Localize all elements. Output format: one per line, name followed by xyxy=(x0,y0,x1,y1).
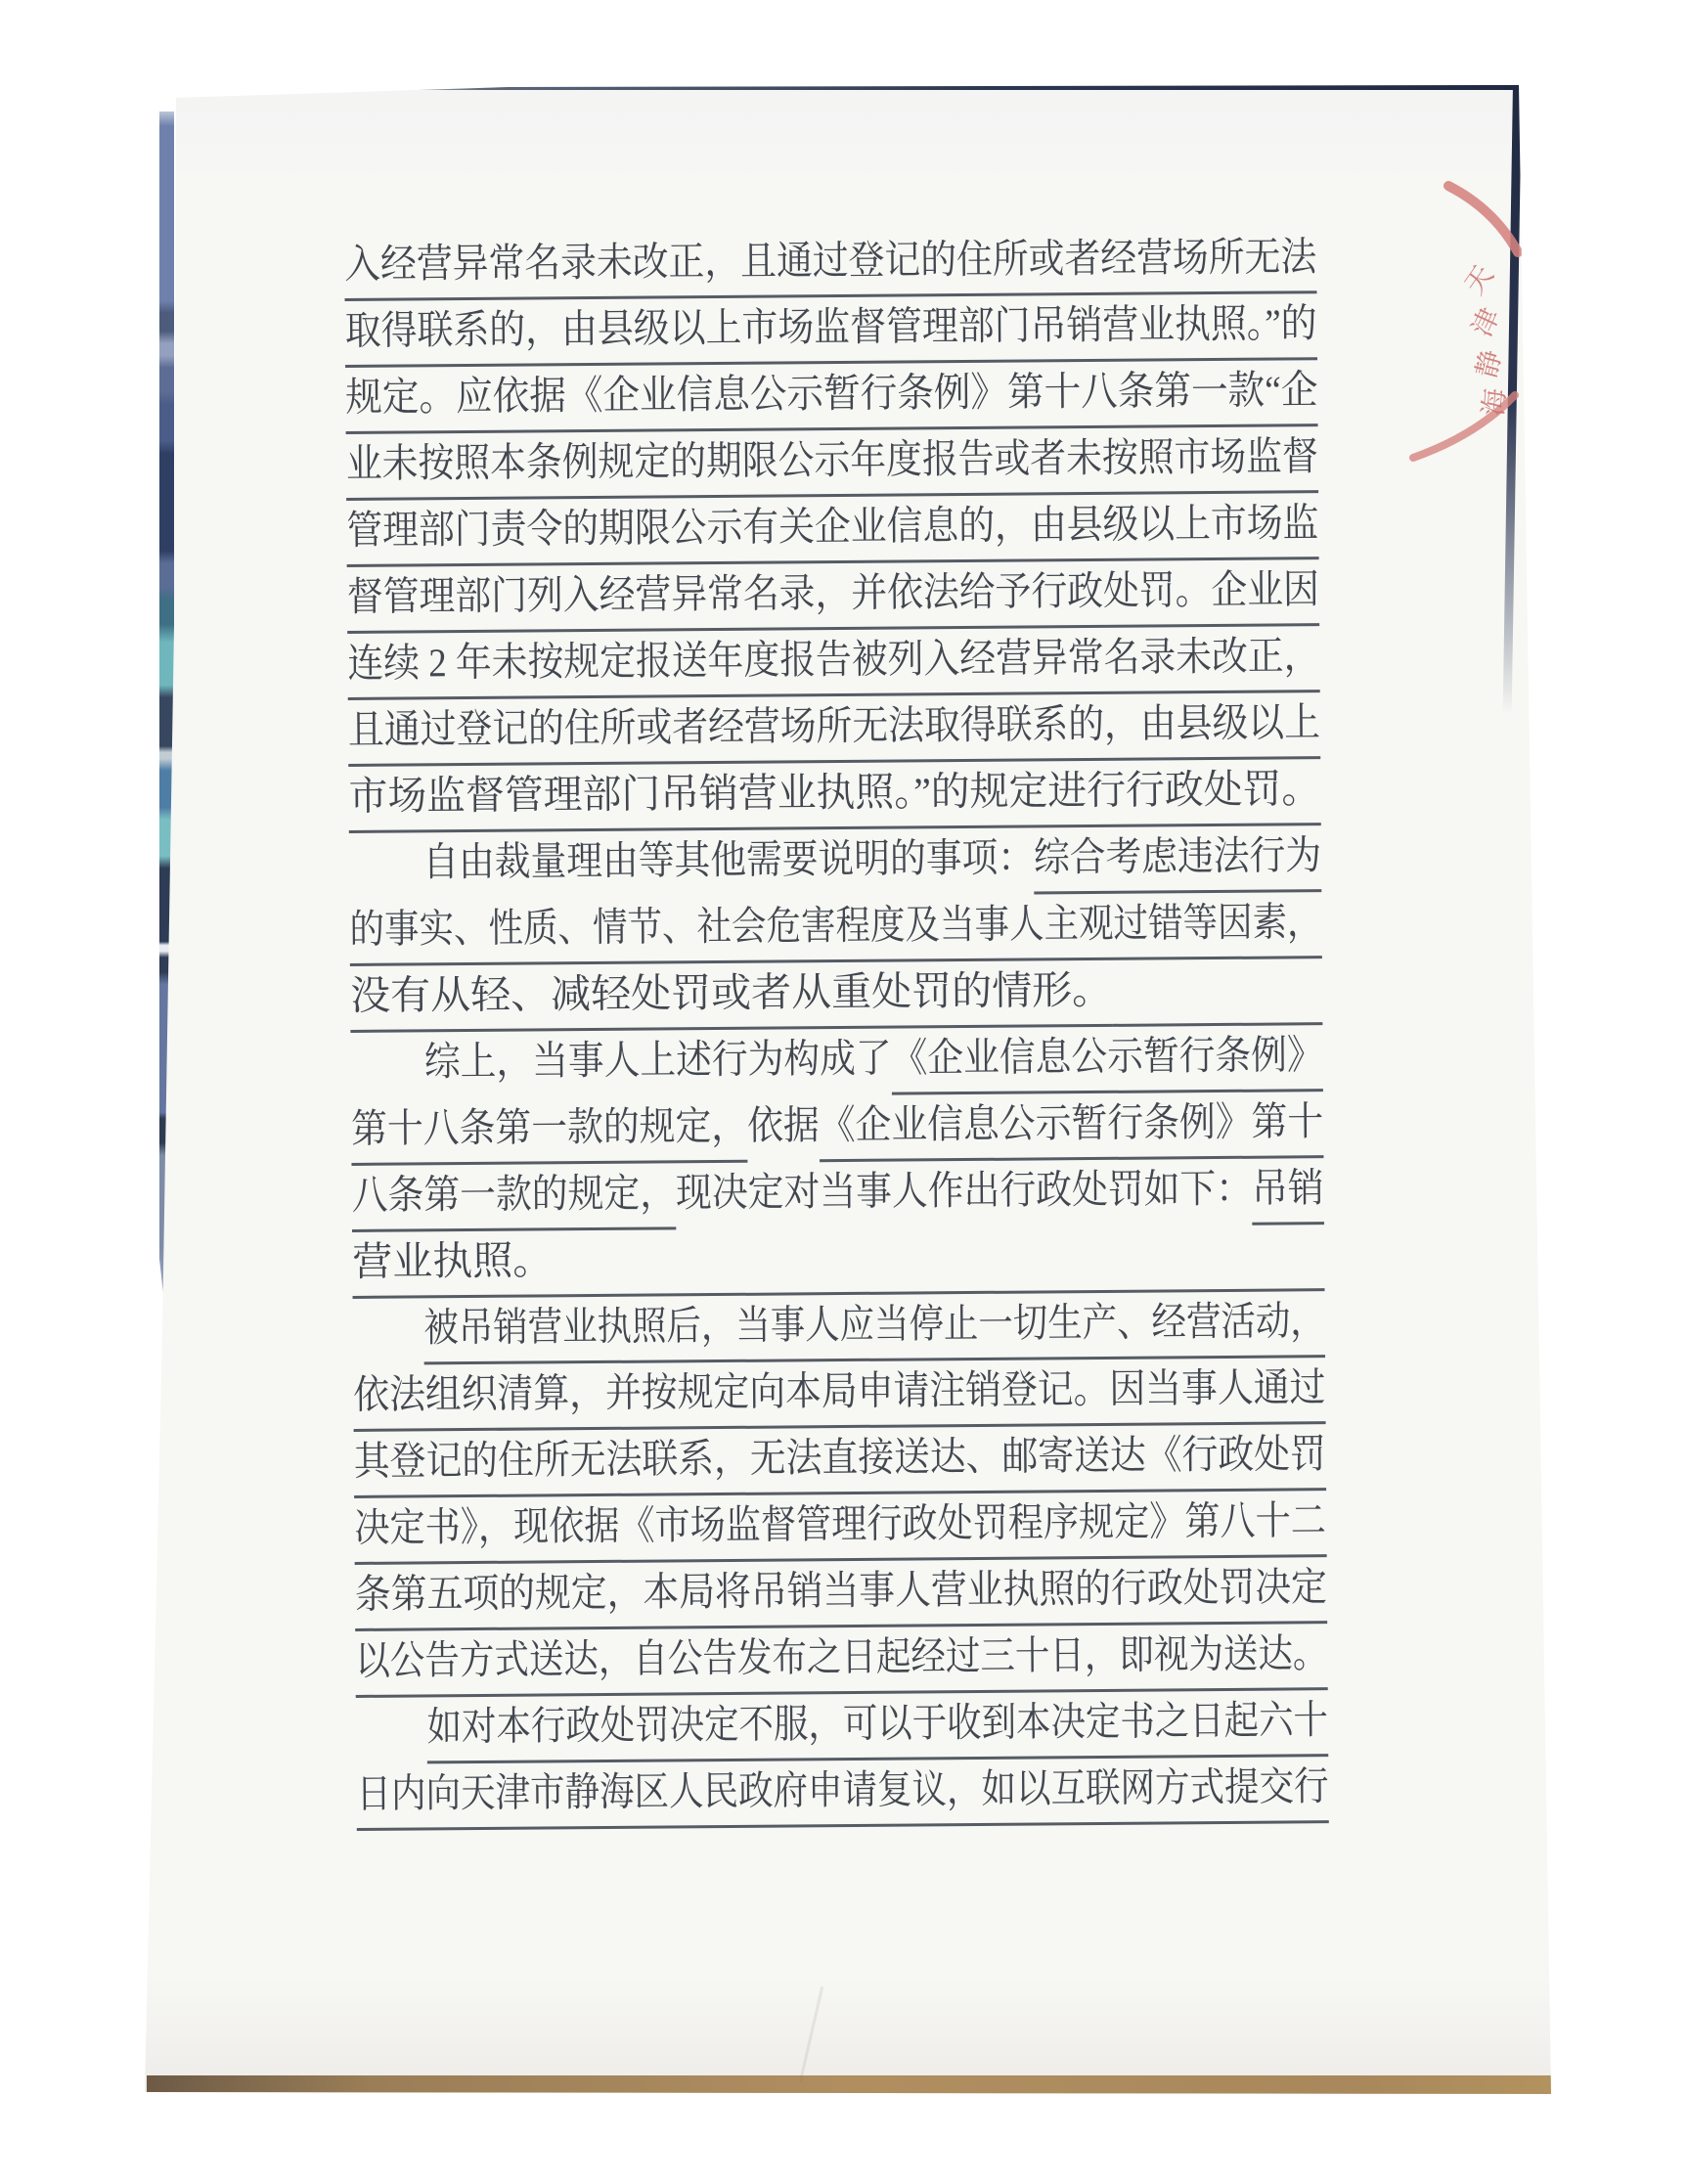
text-line: 第十八条第一款的规定，依据《企业信息公示暂行条例》第十 xyxy=(351,1092,1324,1166)
text-line: 业未按照本条例规定的期限公示年度报告或者未按照市场监督 xyxy=(346,426,1319,501)
underlined-text-segment: 其登记的住所无法联系，无法直接送达、邮寄送达《行政处罚 xyxy=(354,1425,1326,1498)
text-line: 督管理部门列入经营异常名录，并依法给予行政处罚。企业因 xyxy=(347,559,1320,634)
underlined-text-segment: 规定。应依据《企业信息公示暂行条例》第十八条第一款“企 xyxy=(345,361,1318,434)
text-line: 综上，当事人上述行为构成了《企业信息公示暂行条例》 xyxy=(350,1025,1323,1099)
text-line: 自由裁量理由等其他需要说明的事项：综合考虑违法行为 xyxy=(349,825,1322,900)
text-segment: 依据 xyxy=(747,1096,820,1160)
text-segment: 综上，当事人上述行为构成了 xyxy=(424,1030,892,1096)
text-line: 取得联系的，由县级以上市场监督管理部门吊销营业执照。”的 xyxy=(345,293,1318,368)
underlined-text-segment: 连续 2 年未按规定报送年度报告被列入经营异常名录未改正， xyxy=(347,627,1319,700)
underlined-text-segment: 条第五项的规定，本局将吊销当事人营业执照的行政处罚决定 xyxy=(355,1558,1327,1631)
underlined-text-segment: 如对本行政处罚决定不服，可以于收到本决定书之日起六十 xyxy=(426,1691,1328,1763)
paragraph-indent xyxy=(356,1677,427,1741)
text-segment: 自由裁量理由等其他需要说明的事项： xyxy=(422,828,1034,896)
seal-character: 津 xyxy=(1466,303,1506,341)
underlined-text-segment: 督管理部门列入经营异常名录，并依法给予行政处罚。企业因 xyxy=(347,560,1319,634)
paper-bottom-edge xyxy=(147,2075,1553,2095)
text-line: 规定。应依据《企业信息公示暂行条例》第十八条第一款“企 xyxy=(345,360,1318,434)
underlined-text-segment: 业未按照本条例规定的期限公示年度报告或者未按照市场监督 xyxy=(346,427,1318,501)
text-line: 入经营异常名录未改正，且通过登记的住所或者经营场所无法 xyxy=(344,227,1317,301)
seal-characters: 天津静海 xyxy=(1459,260,1511,417)
text-line: 决定书》，现依据《市场监督管理行政处罚程序规定》第八十二 xyxy=(354,1491,1327,1565)
underlined-text-segment: 八条第一款的规定， xyxy=(351,1164,676,1232)
text-line: 日内向天津市静海区人民政府申请复议，如以互联网方式提交行 xyxy=(356,1757,1329,1831)
underlined-text-segment: 且通过登记的住所或者经营场所无法取得联系的，由县级以上 xyxy=(348,693,1320,767)
underlined-text-segment: 被吊销营业执照后，当事人应当停止一切生产、经营活动， xyxy=(423,1292,1325,1364)
text-block: 入经营异常名录未改正，且通过登记的住所或者经营场所无法取得联系的，由县级以上市场… xyxy=(344,227,1329,1831)
underlined-text-segment: 管理部门责令的期限公示有关企业信息的，由县级以上市场监 xyxy=(346,494,1318,567)
scanned-document-page: 天津静海 入经营异常名录未改正，且通过登记的住所或者经营场所无法取得联系的，由县… xyxy=(0,0,1688,2184)
text-line: 八条第一款的规定，现决定对当事人作出行政处罚如下：吊销 xyxy=(351,1158,1324,1232)
underlined-text-segment: 第十八条第一款的规定， xyxy=(351,1097,747,1166)
underlined-text-segment: 《企业信息公示暂行条例》 xyxy=(891,1026,1322,1094)
seal-character: 静 xyxy=(1471,346,1508,380)
text-segment: 现决定对当事人作出行政处罚如下： xyxy=(676,1160,1253,1227)
text-line: 其登记的住所无法联系，无法直接送达、邮寄送达《行政处罚 xyxy=(354,1424,1327,1498)
seal-character: 天 xyxy=(1459,260,1499,300)
text-line: 管理部门责令的期限公示有关企业信息的，由县级以上市场监 xyxy=(346,493,1319,567)
paper-crease xyxy=(799,1986,823,2082)
underlined-text-segment: 的事实、性质、情节、社会危害程度及当事人主观过错等因素， xyxy=(349,893,1321,966)
underlined-text-segment: 综合考虑违法行为 xyxy=(1034,826,1322,894)
text-line: 如对本行政处罚决定不服，可以于收到本决定书之日起六十 xyxy=(356,1690,1329,1764)
underlined-text-segment: 《企业信息公示暂行条例》第十 xyxy=(820,1092,1324,1162)
paragraph-indent xyxy=(349,813,423,876)
seal-character: 海 xyxy=(1478,387,1511,418)
text-line: 且通过登记的住所或者经营场所无法取得联系的，由县级以上 xyxy=(348,692,1321,767)
underlined-text-segment: 吊销 xyxy=(1252,1159,1324,1226)
text-line: 条第五项的规定，本局将吊销当事人营业执照的行政处罚决定 xyxy=(355,1557,1328,1631)
underlined-text-segment: 取得联系的，由县级以上市场监督管理部门吊销营业执照。”的 xyxy=(345,294,1317,368)
text-line: 的事实、性质、情节、社会危害程度及当事人主观过错等因素， xyxy=(349,892,1322,966)
paragraph-indent xyxy=(350,1012,424,1076)
text-line: 依法组织清算，并按规定向本局申请注销登记。因当事人通过 xyxy=(353,1358,1326,1432)
underlined-text-segment: 入经营异常名录未改正，且通过登记的住所或者经营场所无法 xyxy=(344,228,1316,301)
underlined-text-segment: 决定书》，现依据《市场监督管理行政处罚程序规定》第八十二 xyxy=(354,1492,1326,1565)
underlined-text-segment: 依法组织清算，并按规定向本局申请注销登记。因当事人通过 xyxy=(353,1359,1325,1432)
paper-top-edge-shadow xyxy=(315,84,1520,90)
paragraph-indent xyxy=(352,1278,423,1342)
underlined-text-segment: 日内向天津市静海区人民政府申请复议，如以互联网方式提交行 xyxy=(356,1758,1328,1831)
seal-arc-top xyxy=(1448,186,1518,252)
text-line: 连续 2 年未按规定报送年度报告被列入经营异常名录未改正， xyxy=(347,626,1320,700)
text-line: 被吊销营业执照后，当事人应当停止一切生产、经营活动， xyxy=(353,1291,1326,1365)
official-seal-stamp: 天津静海 xyxy=(1359,147,1575,499)
paper-sheet: 天津静海 入经营异常名录未改正，且通过登记的住所或者经营场所无法取得联系的，由县… xyxy=(0,0,1688,2184)
